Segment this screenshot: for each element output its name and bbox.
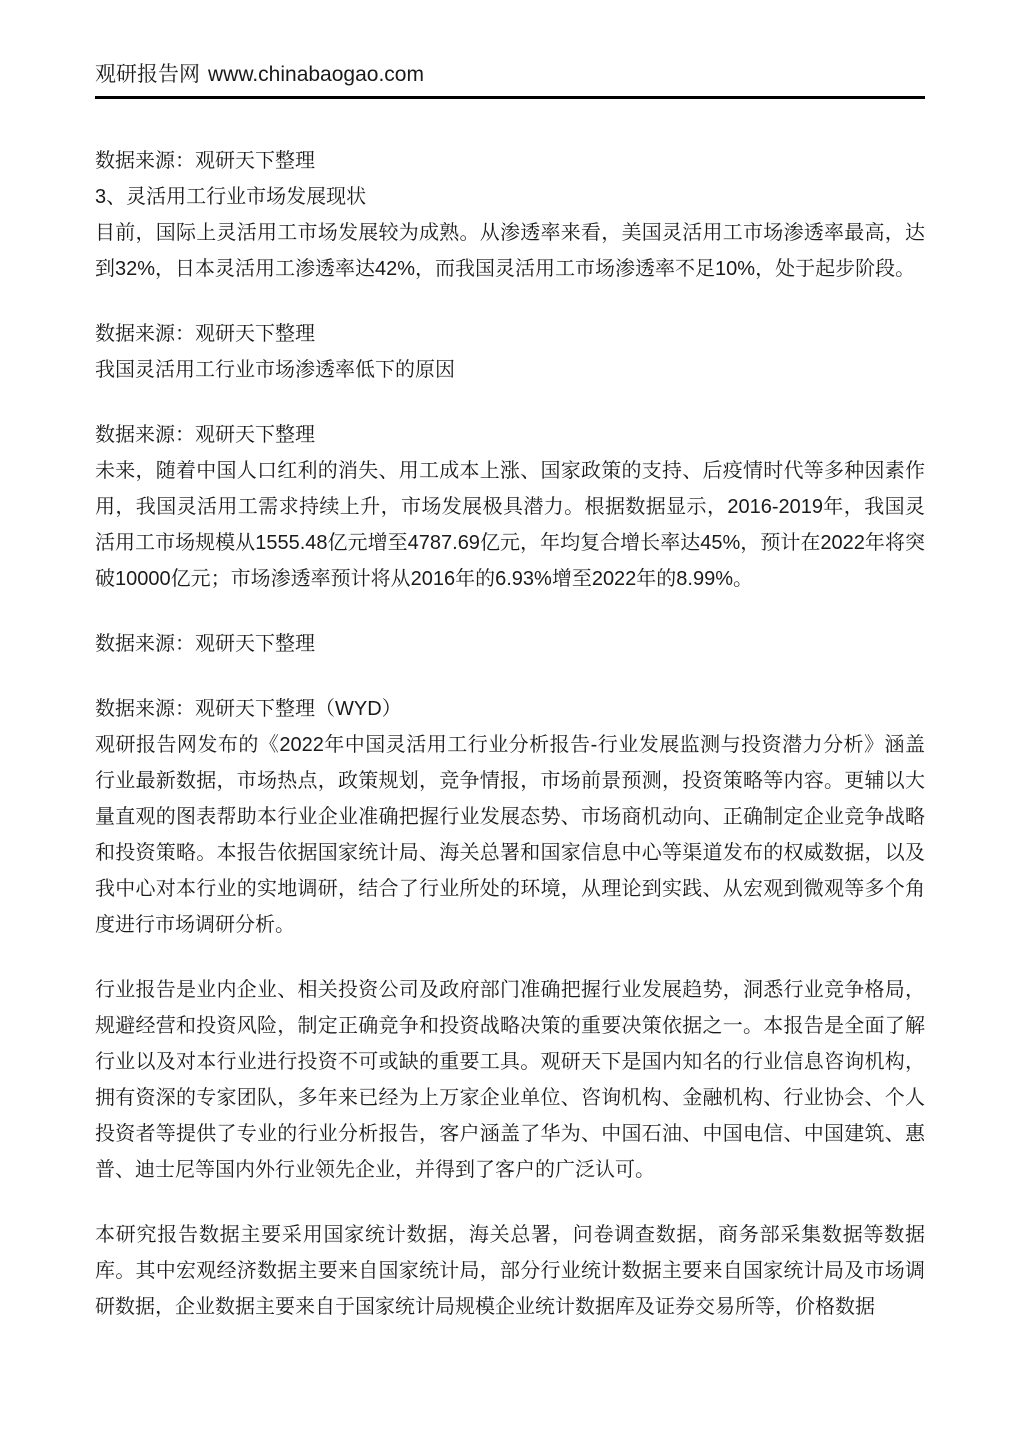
section-market-status: 数据来源：观研天下整理 3、灵活用工行业市场发展现状 目前，国际上灵活用工市场发…: [95, 143, 925, 287]
section-report-intro: 数据来源：观研天下整理（WYD） 观研报告网发布的《2022年中国灵活用工行业分…: [95, 691, 925, 943]
paragraph: 行业报告是业内企业、相关投资公司及政府部门准确把握行业发展趋势，洞悉行业竞争格局…: [95, 972, 925, 1188]
section-data-sources: 本研究报告数据主要采用国家统计数据，海关总署，问卷调查数据，商务部采集数据等数据…: [95, 1217, 925, 1325]
site-url: www.chinabaogao.com: [208, 63, 424, 86]
site-name: 观研报告网: [95, 63, 200, 86]
paragraph: 未来，随着中国人口红利的消失、用工成本上涨、国家政策的支持、后疫情时代等多种因素…: [95, 453, 925, 597]
source-note: 数据来源：观研天下整理（WYD）: [95, 691, 925, 727]
source-note: 数据来源：观研天下整理: [95, 143, 925, 179]
source-note: 数据来源：观研天下整理: [95, 316, 925, 352]
section-future-outlook: 数据来源：观研天下整理 未来，随着中国人口红利的消失、用工成本上涨、国家政策的支…: [95, 417, 925, 597]
paragraph: 观研报告网发布的《2022年中国灵活用工行业分析报告-行业发展监测与投资潜力分析…: [95, 727, 925, 943]
section-heading: 我国灵活用工行业市场渗透率低下的原因: [95, 352, 925, 388]
section-company-intro: 行业报告是业内企业、相关投资公司及政府部门准确把握行业发展趋势，洞悉行业竞争格局…: [95, 972, 925, 1188]
document-body: 数据来源：观研天下整理 3、灵活用工行业市场发展现状 目前，国际上灵活用工市场发…: [95, 99, 925, 1325]
paragraph: 目前，国际上灵活用工市场发展较为成熟。从渗透率来看，美国灵活用工市场渗透率最高，…: [95, 215, 925, 287]
source-note: 数据来源：观研天下整理: [95, 417, 925, 453]
page-header: 观研报告网www.chinabaogao.com: [95, 0, 925, 99]
section-source-only: 数据来源：观研天下整理: [95, 626, 925, 662]
source-note: 数据来源：观研天下整理: [95, 626, 925, 662]
paragraph: 本研究报告数据主要采用国家统计数据，海关总署，问卷调查数据，商务部采集数据等数据…: [95, 1217, 925, 1325]
report-page: 观研报告网www.chinabaogao.com 数据来源：观研天下整理 3、灵…: [0, 0, 1019, 1440]
section-low-penetration: 数据来源：观研天下整理 我国灵活用工行业市场渗透率低下的原因: [95, 316, 925, 388]
section-heading: 3、灵活用工行业市场发展现状: [95, 179, 925, 215]
